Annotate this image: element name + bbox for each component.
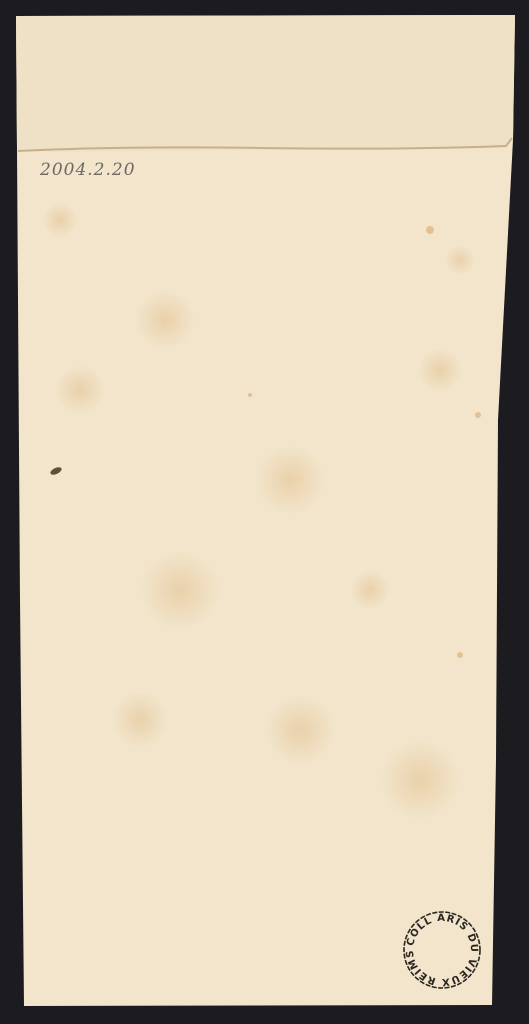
paper-sheet — [0, 0, 529, 1024]
svg-text:COLL ARIS DU VIEUX REIMS: COLL ARIS DU VIEUX REIMS — [405, 913, 479, 987]
folded-flap — [16, 15, 515, 152]
stamp-text: COLL ARIS DU VIEUX REIMS — [405, 913, 479, 987]
handwritten-accession-number: 2004.2.20 — [40, 160, 136, 180]
collection-stamp: COLL ARIS DU VIEUX REIMS — [401, 909, 483, 991]
